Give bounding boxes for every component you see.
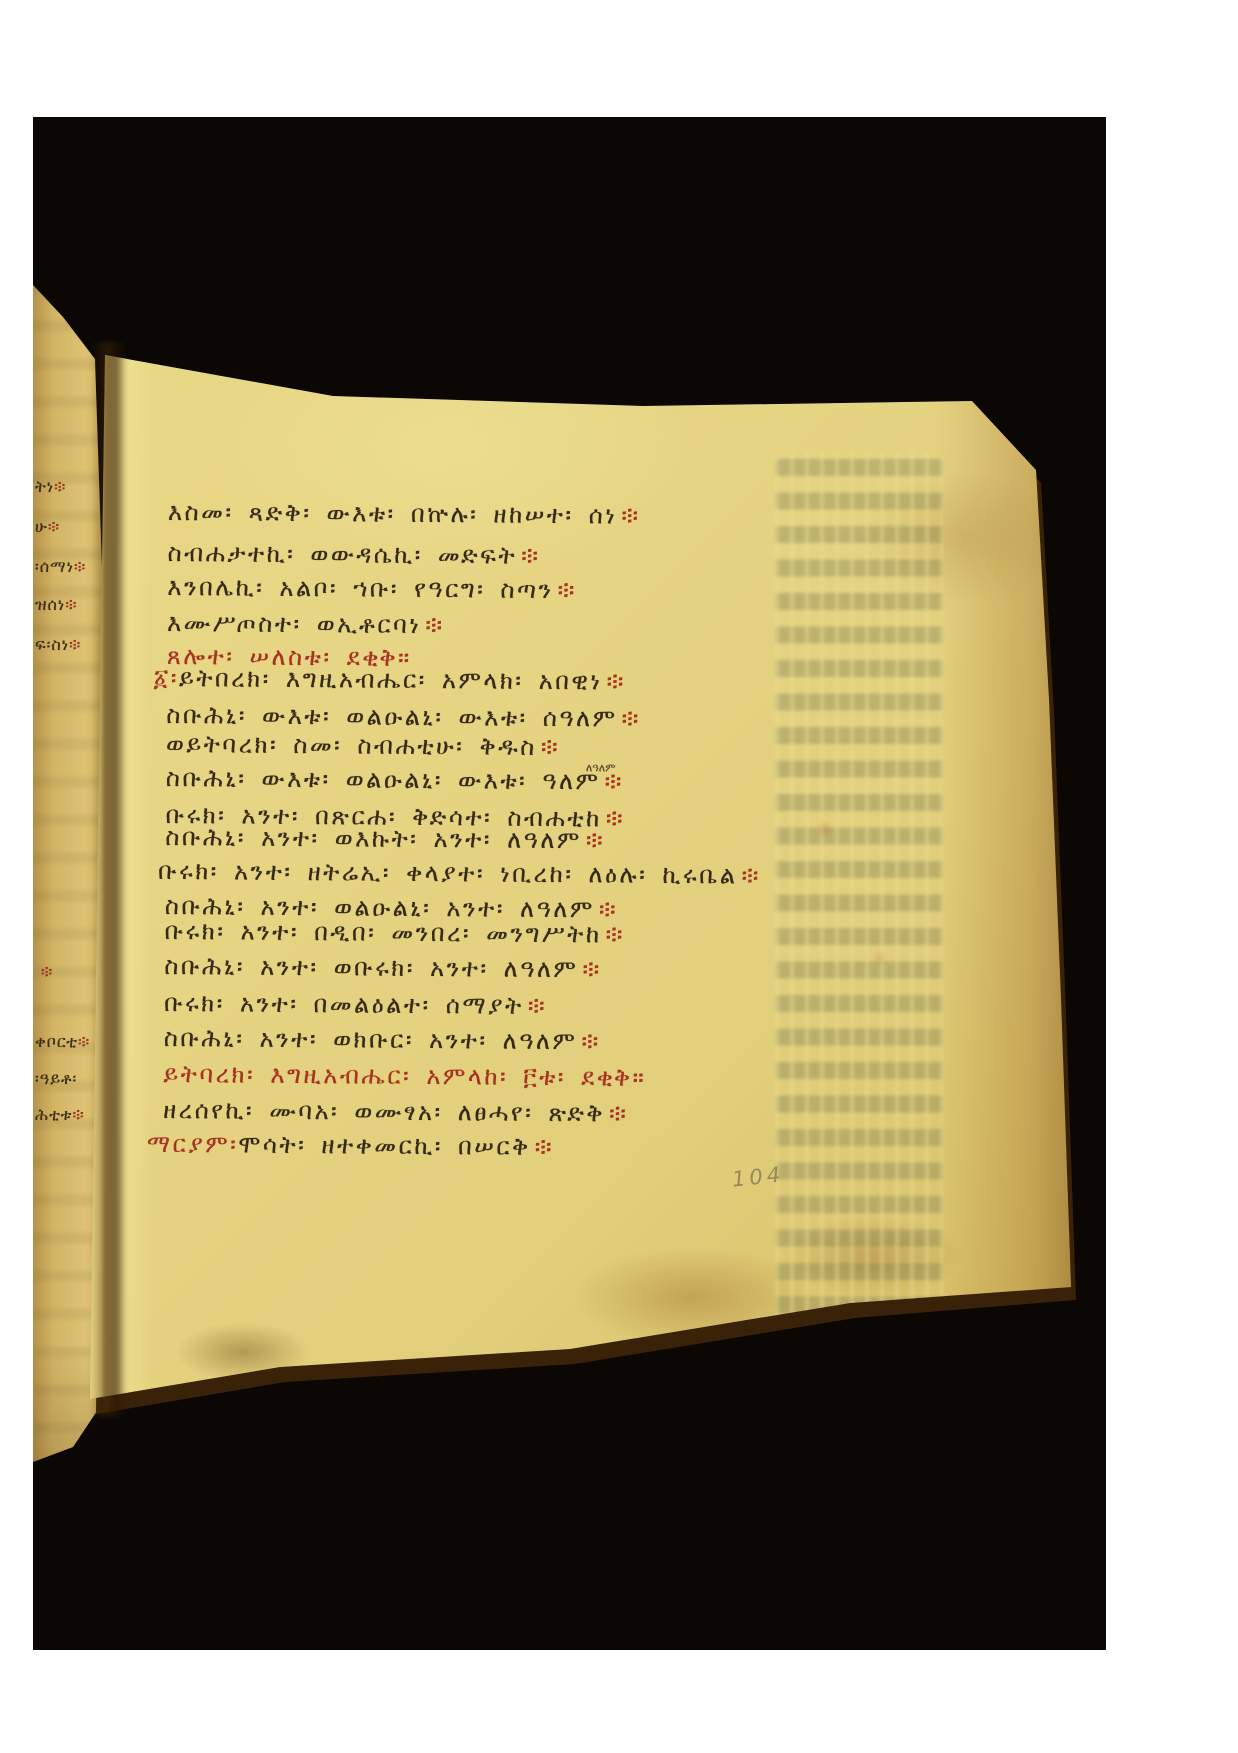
margin-line-fragment: ፡ሰማነ፨ <box>35 557 86 577</box>
interlinear-correction: ለዓለም <box>586 753 616 783</box>
closing-rubric-line: ይትባረክ፡ እግዚአብሔር፡ አምላከ፡ ፫ቱ፡ ደቂቅ። <box>163 1059 650 1093</box>
geez-text-line: ስቡሕኒ፡ አንተ፡ ወክቡር፡ አንተ፡ ለዓለም፨ <box>164 1023 601 1056</box>
geez-text-line: ወይትባረክ፡ ስመ፡ ስብሐቲሁ፡ ቅዱስ፨ <box>166 729 560 762</box>
geez-text-line: ፩፡ይትበረክ፡ እግዚአብሔር፡ አምላክ፡ አበዊነ፨ <box>153 663 626 697</box>
margin-line-fragment: ቀቦርቲ፨ <box>35 1032 90 1052</box>
geez-text-line: ዘረሰየኪ፡ ሙባአ፡ ወሙፃአ፡ ለፀሓየ፡ ጽድቅ፨ <box>163 1095 629 1129</box>
margin-line-fragment: ትነ፨ <box>35 477 66 497</box>
manuscript-photo: ትነ፨ ሁ፨ ፡ሰማነ፨ ዝሰነ፨ ፍ፡ስነ፨ ፨ ቀቦርቲ፨ ፡ዓይቶ፡ ሕቲ… <box>33 117 1106 1650</box>
geez-text-line: እሙሥጦስተ፡ ወኢቶርባነ፨ <box>167 608 445 640</box>
geez-text-line: ቡሩክ፡ አንተ፡ ዘትሬኢ፡ ቀላያተ፡ ነቢረከ፡ ለዕሉ፡ ኪሩቤል፨ <box>158 856 761 891</box>
geez-text-line: ቡሩክ፡ አንተ፡ በመልዕልተ፡ ሰማያት፨ <box>164 988 547 1021</box>
margin-line-fragment: ፡ዓይቶ፡ <box>35 1069 77 1089</box>
gutter-shadow <box>91 342 127 1417</box>
manuscript-page: እስመ፡ ጻድቅ፡ ውእቱ፡ በኵሉ፡ ዘከሠተ፡ ሰነ፨ ስብሐታተኪ፡ ወው… <box>33 117 1106 1650</box>
margin-line-fragment: ዝሰነ፨ <box>35 595 77 615</box>
geez-text-line: ስብሐታተኪ፡ ወውዳሴኪ፡ መድፍት፨ <box>167 538 540 571</box>
margin-line-fragment: ሁ፨ <box>35 517 60 537</box>
photograph-canvas: ትነ፨ ሁ፨ ፡ሰማነ፨ ዝሰነ፨ ፍ፡ስነ፨ ፨ ቀቦርቲ፨ ፡ዓይቶ፡ ሕቲ… <box>0 0 1238 1753</box>
geez-text-line: እስመ፡ ጻድቅ፡ ውእቱ፡ በኵሉ፡ ዘከሠተ፡ ሰነ፨ <box>168 497 641 531</box>
margin-line-fragment: ፍ፡ስነ፨ <box>35 635 81 655</box>
geez-text-line: ማርያም፡ሞሳት፡ ዘተቀመርኪ፡ በሠርቅ፨ <box>147 1129 554 1162</box>
margin-line-fragment: ፨ <box>41 962 53 982</box>
geez-text-block: እስመ፡ ጻድቅ፡ ውእቱ፡ በኵሉ፡ ዘከሠተ፡ ሰነ፨ ስብሐታተኪ፡ ወው… <box>33 117 1106 1650</box>
geez-text-line: ቡሩክ፡ አንተ፡ በዲበ፡ መንበረ፡ መንግሥትከ፨ <box>164 916 625 950</box>
geez-text-line: ስቡሕኒ፡ አንተ፡ ወእኩት፡ አንተ፡ ለዓለም፨ <box>165 822 605 855</box>
geez-text-line: እንበሌኪ፡ አልቦ፡ ኀቡ፡ የዓርግ፡ ስጣን፨ <box>167 572 577 605</box>
geez-text-line: ስቡሕኒ፡ አንተ፡ ወቡሩክ፡ አንተ፡ ለዓለም፨ <box>164 951 602 984</box>
geez-text-line: ለዓለምስቡሕኒ፡ ውእቱ፡ ወልዑልኒ፡ ውእቱ፡ ዓለም፨ <box>166 763 624 797</box>
margin-line-fragment: ሕቲቱ፨ <box>35 1105 85 1125</box>
